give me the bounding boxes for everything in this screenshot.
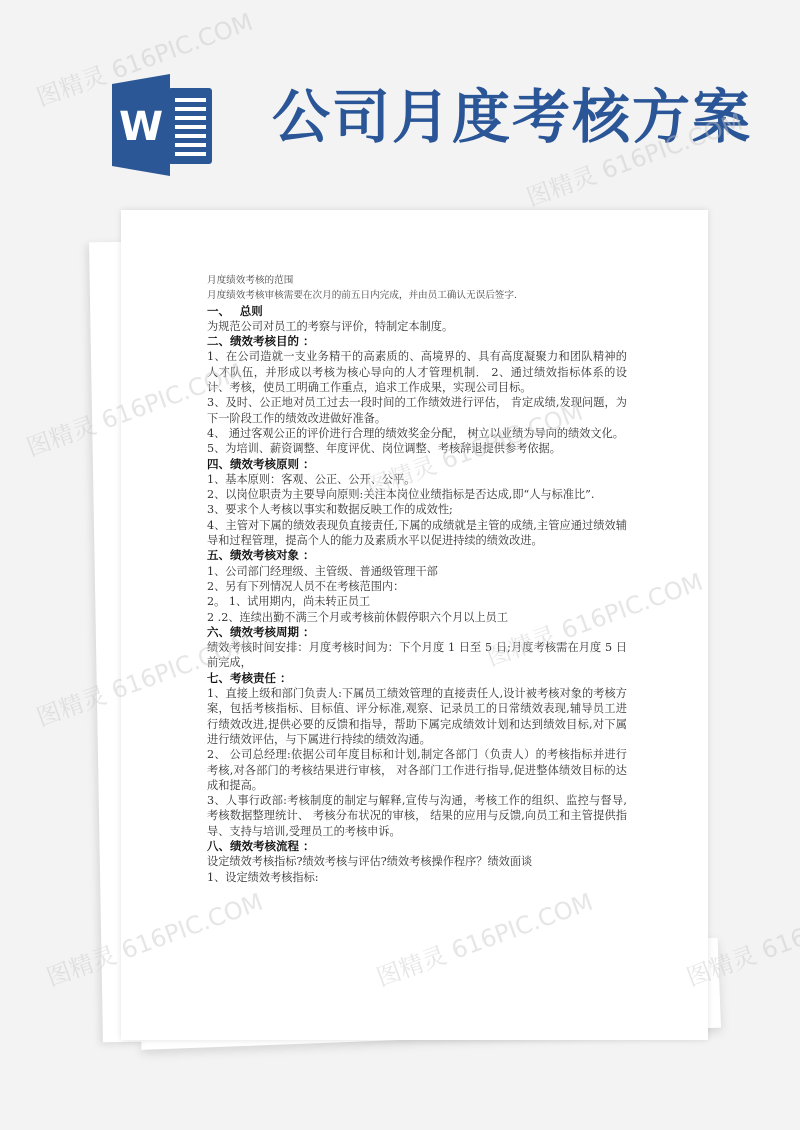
paragraph: 绩效考核时间安排：月度考核时间为：下个月度 1 日至 5 日;月度考核需在月度 …: [207, 640, 627, 671]
paragraph: 4、主管对下属的绩效表现负直接责任,下属的成绩就是主管的成绩,主管应通过绩效辅导…: [207, 518, 627, 549]
section-heading: 八、绩效考核流程 ：: [207, 839, 627, 854]
section-heading: 六、绩效考核周期 ：: [207, 625, 627, 640]
page-title: 公司月度考核方案: [272, 82, 752, 152]
paragraph: 1、公司部门经理级、主管级、普通级管理干部: [207, 564, 627, 579]
section-heading: 一、 总则: [207, 304, 627, 319]
paragraph: 为规范公司对员工的考察与评价，特制定本制度。: [207, 319, 627, 334]
paragraph: 1、在公司造就一支业务精干的高素质的、高境界的、具有高度凝聚力和团队精神的人才队…: [207, 349, 627, 395]
section-heading: 七、考核责任 ：: [207, 671, 627, 686]
section-heading: 五、绩效考核对象 ：: [207, 548, 627, 563]
paragraph: 3、要求个人考核以事实和数据反映工作的成效性;: [207, 502, 627, 517]
svg-text:W: W: [119, 104, 163, 150]
paragraph: 设定绩效考核指标?绩效考核与评估?绩效考核操作程序？绩效面谈: [207, 854, 627, 869]
paragraph: 月度绩效考核审核需要在次月的前五日内完成，并由员工确认无误后签字.: [207, 288, 627, 303]
paragraph: 2 .2、连续出勤不满三个月或考核前休假停职六个月以上员工: [207, 610, 627, 625]
paragraph: 1、设定绩效考核指标:: [207, 870, 627, 885]
document-body: 月度绩效考核的范围月度绩效考核审核需要在次月的前五日内完成，并由员工确认无误后签…: [207, 273, 627, 885]
header: W 公司月度考核方案: [0, 0, 800, 200]
paragraph: 3、及时、公正地对员工过去一段时间的工作绩效进行评估， 肯定成绩,发现问题，为下…: [207, 395, 627, 426]
paragraph: 2、 公司总经理:依据公司年度目标和计划,制定各部门（负责人）的考核指标并进行考…: [207, 747, 627, 793]
paragraph: 1、基本原则：客观、公正、公开、公平。: [207, 472, 627, 487]
word-document-icon: W: [112, 72, 216, 176]
paragraph: 2、另有下列情况人员不在考核范围内：: [207, 579, 627, 594]
paragraph: 1、直接上级和部门负责人:下属员工绩效管理的直接责任人,设计被考核对象的考核方案…: [207, 686, 627, 747]
paragraph: 5、为培训、薪资调整、年度评优、岗位调整、考核辞退提供参考依据。: [207, 441, 627, 456]
paragraph: 月度绩效考核的范围: [207, 273, 627, 288]
section-heading: 二、绩效考核目的 ：: [207, 334, 627, 349]
section-heading: 四、绩效考核原则 ：: [207, 457, 627, 472]
paragraph: 2、以岗位职责为主要导向原则:关注本岗位业绩指标是否达成,即“人与标准比”.: [207, 487, 627, 502]
paragraph: 2。 1、试用期内，尚未转正员工: [207, 594, 627, 609]
paragraph: 4、 通过客观公正的评价进行合理的绩效奖金分配， 树立以业绩为导向的绩效文化。: [207, 426, 627, 441]
paragraph: 3、人事行政部:考核制度的制定与解释,宣传与沟通，考核工作的组织、监控与督导,考…: [207, 793, 627, 839]
